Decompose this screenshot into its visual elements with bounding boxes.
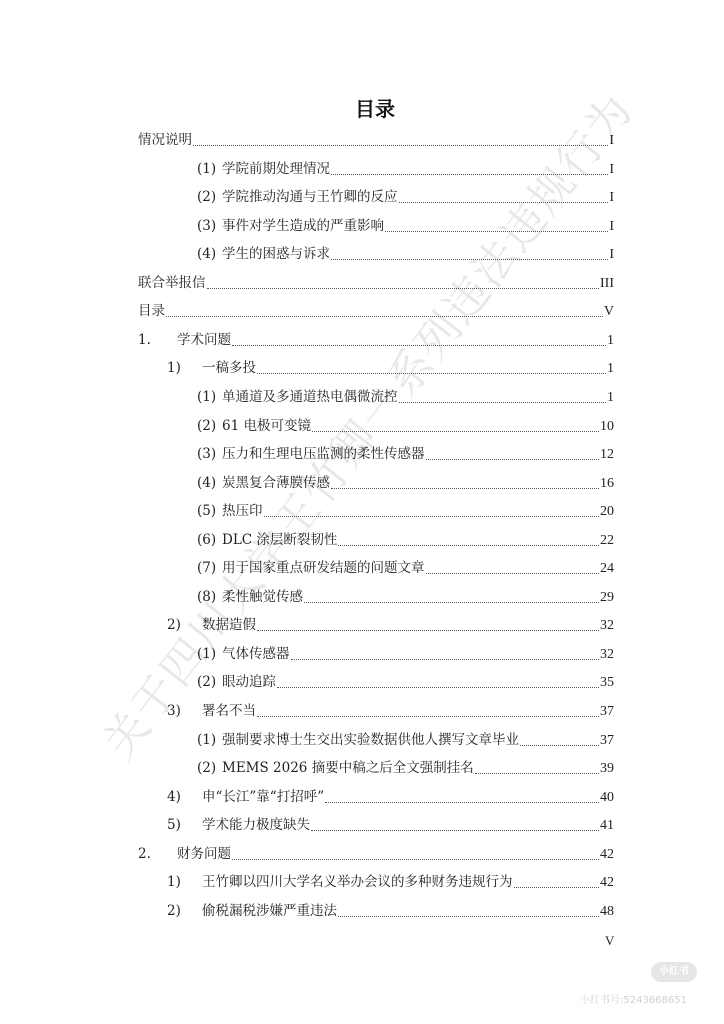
toc-entry[interactable]: (6)DLC 涂层断裂韧性22 (197, 530, 614, 550)
toc-entry-number: (3) (197, 444, 222, 464)
toc-entry[interactable]: (3)压力和生理电压监测的柔性传感器12 (197, 444, 614, 464)
toc-entry-page: 10 (600, 417, 614, 437)
dot-leader (331, 258, 608, 260)
toc-entry-number: (2) (197, 416, 222, 436)
toc-entry[interactable]: 联合举报信III (138, 273, 614, 293)
toc-entry-page: 37 (600, 731, 614, 751)
toc-entry-page: 29 (600, 588, 614, 608)
toc-entry-number: (5) (197, 501, 222, 521)
toc-entry[interactable]: (1)学院前期处理情况I (197, 159, 614, 179)
toc-entry-page: 41 (600, 816, 614, 836)
dot-leader (257, 372, 606, 374)
toc-entry-number: (1) (197, 387, 222, 407)
toc-entry[interactable]: (2)学院推动沟通与王竹卿的反应I (197, 187, 614, 207)
toc-entry-page: 22 (600, 531, 614, 551)
dot-leader (385, 230, 608, 232)
toc-entry-page: 48 (600, 902, 614, 922)
toc-entry[interactable]: (8)柔性触觉传感29 (197, 587, 614, 607)
toc-entry-label: 联合举报信 (138, 273, 206, 293)
page-number: V (605, 933, 614, 949)
toc-entry-page: 42 (600, 845, 614, 865)
toc-entry[interactable]: 2.财务问题42 (138, 844, 614, 864)
toc-entry-label: 财务问题 (177, 844, 231, 864)
toc-entry-page: 32 (600, 616, 614, 636)
toc-entry-page: 40 (600, 788, 614, 808)
toc-entry[interactable]: 情况说明I (138, 130, 614, 150)
toc-entry-number: (2) (197, 187, 222, 207)
toc-entry-label: 压力和生理电压监测的柔性传感器 (222, 444, 425, 464)
dot-leader (257, 629, 599, 631)
toc-entry-page: 42 (600, 873, 614, 893)
dot-leader (312, 430, 599, 432)
dot-leader (207, 287, 600, 289)
toc-entry-label: 偷税漏税涉嫌严重违法 (202, 901, 337, 921)
toc-entry-number: 5) (167, 815, 202, 835)
toc-entry-page: 1 (607, 388, 614, 408)
toc-entry-number: 1) (167, 358, 202, 378)
toc-entry-page: 20 (600, 502, 614, 522)
dot-leader (514, 886, 600, 888)
dot-leader (257, 715, 599, 717)
toc-entry-page: 1 (607, 359, 614, 379)
toc-entry-number: (3) (197, 216, 222, 236)
toc-entry-number: 1) (167, 872, 202, 892)
toc-entry-page: 16 (600, 474, 614, 494)
dot-leader (338, 915, 599, 917)
dot-leader (193, 144, 608, 146)
toc-entry-page: I (609, 245, 614, 265)
toc-entry-number: (6) (197, 530, 222, 550)
toc-entry-page: I (609, 188, 614, 208)
toc-entry-label: 61 电极可变镜 (222, 416, 311, 436)
toc-entry-number: 1. (138, 330, 177, 350)
toc-entry-label: DLC 涂层断裂韧性 (222, 530, 337, 550)
dot-leader (264, 515, 600, 517)
toc-entry-page: 39 (600, 759, 614, 779)
dot-leader (331, 173, 608, 175)
toc-entry-page: 1 (607, 331, 614, 351)
toc-entry-label: 学术能力极度缺失 (202, 815, 310, 835)
toc-entry-number: (4) (197, 473, 222, 493)
dot-leader (399, 201, 609, 203)
toc-entry[interactable]: 1.学术问题1 (138, 330, 614, 350)
toc-entry-page: I (609, 131, 614, 151)
toc-entry-number: 2. (138, 844, 177, 864)
dot-leader (475, 772, 599, 774)
toc-entry-page: V (604, 302, 614, 322)
toc-entry-number: (1) (197, 730, 222, 750)
toc-entry[interactable]: (3)事件对学生造成的严重影响I (197, 216, 614, 236)
toc-entry-number: (1) (197, 644, 222, 664)
toc-entry-label: 目录 (138, 301, 165, 321)
toc-entry[interactable]: (2)61 电极可变镜10 (197, 416, 614, 436)
toc-entry[interactable]: 2)数据造假32 (167, 615, 614, 635)
dot-leader (325, 801, 599, 803)
xiaohongshu-account-id: 小红书号:5243668651 (580, 991, 687, 1006)
toc-entry[interactable]: (2)眼动追踪35 (197, 672, 614, 692)
toc-entry[interactable]: (1)单通道及多通道热电偶微流控1 (197, 387, 614, 407)
toc-entry-page: 32 (600, 645, 614, 665)
toc-entry[interactable]: 1)王竹卿以四川大学名义举办会议的多种财务违规行为42 (167, 872, 614, 892)
toc-entry[interactable]: 3)署名不当37 (167, 701, 614, 721)
toc-entry-number: 2) (167, 901, 202, 921)
page-title: 目录 (0, 93, 724, 122)
toc-entry-page: III (600, 274, 614, 294)
toc-entry-number: (2) (197, 672, 222, 692)
toc-entry[interactable]: (2)MEMS 2026 摘要中稿之后全文强制挂名39 (197, 758, 614, 778)
dot-leader (232, 858, 599, 860)
dot-leader (426, 458, 600, 460)
toc-entry-label: 单通道及多通道热电偶微流控 (222, 387, 398, 407)
toc-entry[interactable]: 5)学术能力极度缺失41 (167, 815, 614, 835)
toc-entry-label: 眼动追踪 (222, 672, 276, 692)
dot-leader (311, 829, 599, 831)
toc-entry-number: 3) (167, 701, 202, 721)
dot-leader (426, 572, 600, 574)
toc-entry-number: (4) (197, 244, 222, 264)
toc-entry-page: 35 (600, 673, 614, 693)
toc-entry-label: 用于国家重点研发结题的问题文章 (222, 558, 425, 578)
toc-entry-label: 申“长江”靠“打招呼” (202, 787, 324, 807)
toc-entry[interactable]: (1)强制要求博士生交出实验数据供他人撰写文章毕业37 (197, 730, 614, 750)
dot-leader (520, 744, 599, 746)
xiaohongshu-logo-badge: 小红书 (651, 962, 697, 982)
toc-entry-page: 37 (600, 702, 614, 722)
toc-entry[interactable]: (4)学生的困惑与诉求I (197, 244, 614, 264)
dot-leader (291, 658, 600, 660)
toc-entry-label: 署名不当 (202, 701, 256, 721)
toc-entry-page: I (609, 160, 614, 180)
dot-leader (399, 401, 607, 403)
toc-entry[interactable]: 4)申“长江”靠“打招呼”40 (167, 787, 614, 807)
toc-entry-label: 学术问题 (177, 330, 231, 350)
dot-leader (232, 344, 606, 346)
toc-entry[interactable]: (7)用于国家重点研发结题的问题文章24 (197, 558, 614, 578)
toc-entry-number: (2) (197, 758, 222, 778)
toc-entry-number: 4) (167, 787, 202, 807)
toc-entry-label: MEMS 2026 摘要中稿之后全文强制挂名 (222, 758, 474, 778)
toc-entry[interactable]: 2)偷税漏税涉嫌严重违法48 (167, 901, 614, 921)
toc-entry-label: 热压印 (222, 501, 263, 521)
toc-entry-label: 气体传感器 (222, 644, 290, 664)
toc-entry-page: 12 (600, 445, 614, 465)
toc-entry[interactable]: (1)气体传感器32 (197, 644, 614, 664)
toc-entry-page: I (609, 217, 614, 237)
toc-entry-label: 一稿多投 (202, 358, 256, 378)
toc-entry-number: 2) (167, 615, 202, 635)
toc-entry-number: (7) (197, 558, 222, 578)
toc-entry-label: 事件对学生造成的严重影响 (222, 216, 384, 236)
toc-entry-label: 强制要求博士生交出实验数据供他人撰写文章毕业 (222, 730, 519, 750)
toc-entry-label: 学院推动沟通与王竹卿的反应 (222, 187, 398, 207)
toc-entry-page: 24 (600, 559, 614, 579)
toc-entry-label: 学院前期处理情况 (222, 159, 330, 179)
toc-entry-label: 情况说明 (138, 130, 192, 150)
dot-leader (277, 686, 599, 688)
dot-leader (331, 487, 599, 489)
toc-entry[interactable]: 目录V (138, 301, 614, 321)
toc-entry-number: (1) (197, 159, 222, 179)
toc-entry-label: 学生的困惑与诉求 (222, 244, 330, 264)
toc-entry-label: 数据造假 (202, 615, 256, 635)
toc-entry-label: 柔性触觉传感 (222, 587, 303, 607)
dot-leader (304, 601, 599, 603)
toc-entry[interactable]: (5)热压印20 (197, 501, 614, 521)
toc-entry[interactable]: (4)炭黑复合薄膜传感16 (197, 473, 614, 493)
toc-entry-label: 王竹卿以四川大学名义举办会议的多种财务违规行为 (202, 872, 513, 892)
toc-entry-number: (8) (197, 587, 222, 607)
dot-leader (166, 315, 603, 317)
toc-entry[interactable]: 1)一稿多投1 (167, 358, 614, 378)
dot-leader (338, 544, 599, 546)
toc-entry-label: 炭黑复合薄膜传感 (222, 473, 330, 493)
